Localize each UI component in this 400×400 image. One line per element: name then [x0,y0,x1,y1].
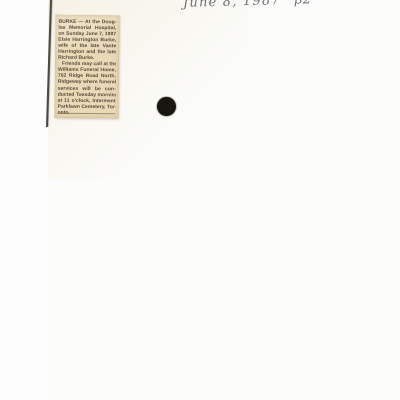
album-page-scan: June 8, 1987p2 BURKE — At the Doug-las M… [0,0,400,400]
newspaper-clipping: BURKE — At the Doug-las Memorial Hospita… [54,15,119,119]
handwritten-page-ref: p2 [294,0,312,8]
left-margin-strip [0,0,48,400]
handwritten-date-text: June 8, 1987 [183,0,281,11]
handwritten-date: June 8, 1987p2 [183,0,314,14]
hole-punch-dot [157,97,176,116]
obituary-text: BURKE — At the Doug-las Memorial Hospita… [57,19,116,116]
